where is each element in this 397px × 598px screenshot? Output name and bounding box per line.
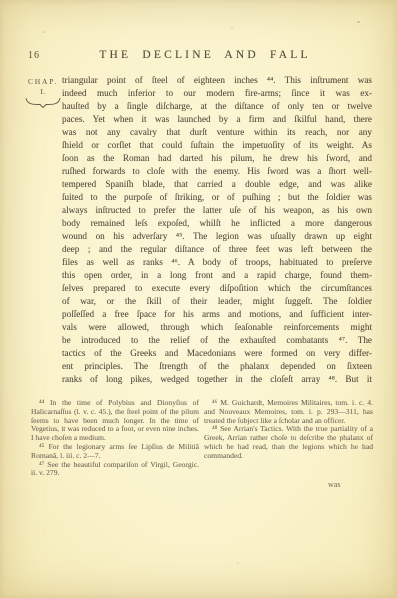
chapter-label: CHAP. xyxy=(21,77,65,86)
body-line: hauſted by a ſingle diſcharge, at the di… xyxy=(62,100,372,113)
body-line: body remained leſs expoſed, whilſt he in… xyxy=(62,217,372,230)
footnote: ⁴⁴ In the time of Polybius and Dionyſius… xyxy=(31,399,199,443)
footnote: ⁴⁶ M. Guichardt, Memoires Militaires, to… xyxy=(204,399,373,425)
book-page: 16 THE DECLINE AND FALL CHAP. I. triangu… xyxy=(0,0,397,598)
sidenote-brace-icon xyxy=(24,97,62,108)
body-line: wound on his adverſary ⁴⁵. The legion wa… xyxy=(62,230,372,243)
body-line: of war, or the ſkill of their leader, mi… xyxy=(62,295,372,308)
paper-speck xyxy=(237,562,239,564)
footnote: ⁴⁵ For the legionary arms ſee Lipſius de… xyxy=(31,443,199,461)
paper-speck xyxy=(357,21,360,23)
body-text: triangular point of ſteel of eighteen in… xyxy=(62,74,372,386)
body-line: indeed much inferior to our modern fire-… xyxy=(62,87,372,100)
body-line: was not any cavalry that durſt venture w… xyxy=(62,126,372,139)
body-line: vals were allowed, through which ſeaſona… xyxy=(62,321,372,334)
body-line: ent principles. The ſtrength of the phal… xyxy=(62,360,372,373)
body-line: poſſeſſed a free ſpace for his arms and … xyxy=(62,308,372,321)
chapter-number: I. xyxy=(21,87,65,96)
body-line: files as well as ranks ⁴⁶. A body of tro… xyxy=(62,256,372,269)
body-line: tempered Spaniſh blade, that carried a d… xyxy=(62,178,372,191)
footnote-column-right: ⁴⁶ M. Guichardt, Memoires Militaires, to… xyxy=(204,399,373,461)
chapter-sidenote: CHAP. I. xyxy=(21,77,65,108)
body-line: ſhield or corſlet that could ſuſtain the… xyxy=(62,139,372,152)
footnote: ⁴⁷ See the beautiful compariſon of Virgi… xyxy=(31,461,199,479)
body-line: ſoon as the Roman had darted his pilum, … xyxy=(62,152,372,165)
running-header: THE DECLINE AND FALL xyxy=(99,49,310,61)
body-line: always inſtructed to prefer the latter u… xyxy=(62,204,372,217)
catchword: was xyxy=(328,480,340,489)
body-line: ranks of long pikes, wedged together in … xyxy=(62,373,372,386)
footnote-column-left: ⁴⁴ In the time of Polybius and Dionyſius… xyxy=(31,399,199,478)
body-line: this open order, in a long front and a r… xyxy=(62,269,372,282)
page-number: 16 xyxy=(28,50,40,61)
body-line: ſuited to the purpoſe of ſtriking, or of… xyxy=(62,191,372,204)
body-line: paces. Yet when it was launched by a fir… xyxy=(62,113,372,126)
body-line: ruſhed forwards to cloſe with the enemy.… xyxy=(62,165,372,178)
body-line: tactics of the Greeks and Macedonians we… xyxy=(62,347,372,360)
footnote: ⁴⁸ See Arrian's Tactics. With the true p… xyxy=(204,425,373,460)
paper-speck xyxy=(42,31,45,33)
body-line: be introduced to the relief of the exhau… xyxy=(62,334,372,347)
body-line: deep ; and the regular diſtance of three… xyxy=(62,243,372,256)
paper-speck xyxy=(231,27,233,29)
body-line: ſelves prepared to execute every diſpoſi… xyxy=(62,282,372,295)
body-line: triangular point of ſteel of eighteen in… xyxy=(62,74,372,87)
